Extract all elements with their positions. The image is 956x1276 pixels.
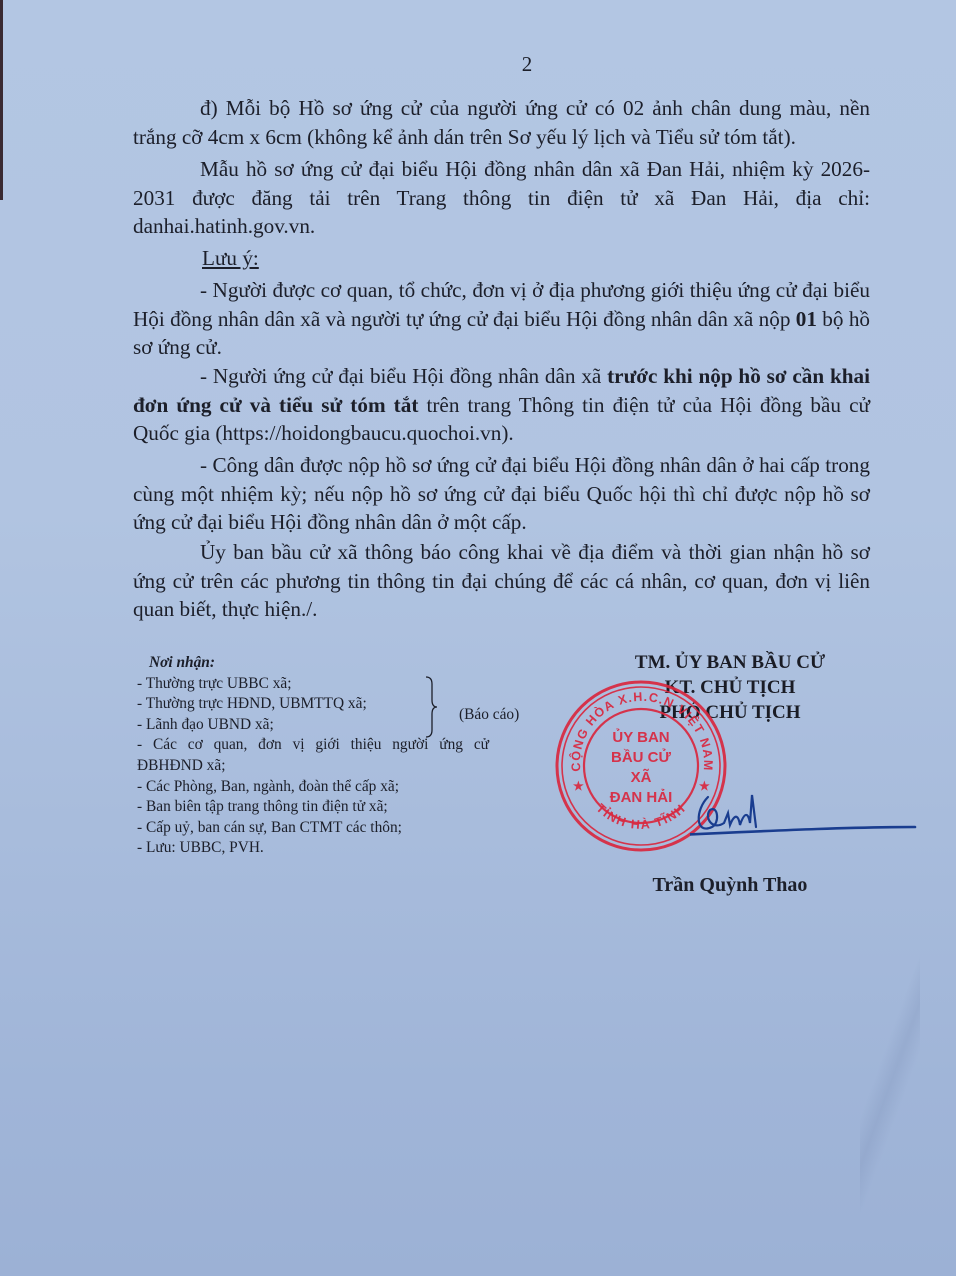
item-d-line2: trắng cỡ 4cm x 6cm (không kể ảnh dán trê… [133, 125, 796, 149]
item-d-line1: đ) Mỗi bộ Hồ sơ ứng cử của người ứng cử … [200, 96, 870, 120]
recipient-item: - Các Phòng, Ban, ngành, đoàn thể cấp xã… [137, 777, 497, 798]
note-2-text: - Người ứng cử đại biểu Hội đồng nhân dâ… [200, 364, 607, 388]
report-note: (Báo cáo) [459, 706, 519, 724]
recipient-item: - Các cơ quan, đơn vị giới thiệu người ứ… [137, 735, 489, 756]
handwritten-signature-icon [690, 765, 920, 845]
svg-text:ỦY BAN: ỦY BAN [612, 728, 669, 746]
note-1-bold: 01 [796, 307, 817, 331]
svg-text:XÃ: XÃ [631, 768, 652, 786]
note-1: - Người được cơ quan, tổ chức, đơn vị ở … [133, 276, 870, 362]
photo-edge-strip [0, 0, 3, 200]
closing-paragraph: Ủy ban bầu cử xã thông báo công khai về … [133, 538, 870, 624]
svg-text:★: ★ [573, 779, 584, 793]
recipient-item: - Ban biên tập trang thông tin điện tử x… [137, 797, 497, 818]
recipient-item: - Cấp uỷ, ban cán sự, Ban CTMT các thôn; [137, 818, 497, 839]
note-1-text: - Người được cơ quan, tổ chức, đơn vị ở … [133, 278, 870, 331]
svg-text:ĐAN HẢI: ĐAN HẢI [610, 789, 673, 806]
closing-text: Ủy ban bầu cử xã thông báo công khai về … [133, 540, 870, 621]
note-title: Lưu ý: [202, 246, 259, 271]
recipients-title: Nơi nhận: [149, 653, 497, 674]
recipient-item: ĐBHĐND xã; [137, 756, 497, 777]
recipients-block: Nơi nhận: - Thường trực UBBC xã; - Thườn… [137, 653, 497, 859]
recipient-item: - Lãnh đạo UBND xã; [137, 715, 497, 736]
template-text: Mẫu hồ sơ ứng cử đại biểu Hội đồng nhân … [133, 157, 870, 238]
svg-text:BẦU CỬ: BẦU CỬ [611, 748, 671, 766]
recipient-item: - Thường trực UBBC xã; [137, 674, 497, 695]
signer-name: Trần Quỳnh Thao [590, 874, 870, 897]
note-3-text: - Công dân được nộp hồ sơ ứng cử đại biể… [133, 453, 870, 534]
recipient-item: - Lưu: UBBC, PVH. [137, 838, 497, 859]
right-brace-icon [424, 676, 438, 738]
signature-title-1: TM. ỦY BAN BẦU CỬ [590, 650, 870, 675]
note-2: - Người ứng cử đại biểu Hội đồng nhân dâ… [133, 362, 870, 448]
page-number: 2 [0, 52, 956, 77]
recipient-item: - Thường trực HĐND, UBMTTQ xã; [137, 694, 497, 715]
note-3: - Công dân được nộp hồ sơ ứng cử đại biể… [133, 451, 870, 537]
paper-fold-shadow [860, 920, 920, 1250]
item-d-paragraph: đ) Mỗi bộ Hồ sơ ứng cử của người ứng cử … [133, 94, 870, 151]
template-paragraph: Mẫu hồ sơ ứng cử đại biểu Hội đồng nhân … [133, 155, 870, 241]
